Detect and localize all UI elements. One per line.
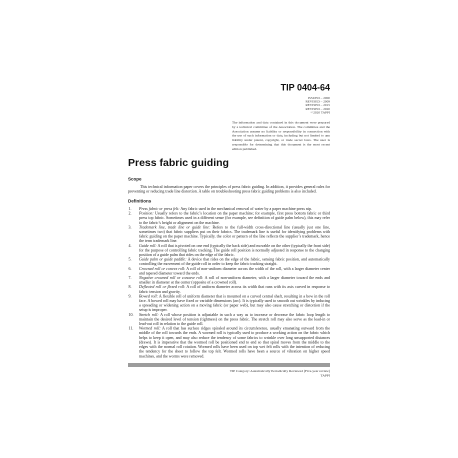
section-heading-definitions: Definitions	[128, 199, 330, 204]
definition-item: Guide palm or guide paddle: A device tha…	[128, 257, 330, 266]
definition-item: Trademark line, trade line or guide line…	[128, 225, 330, 243]
definition-text: Usually refers to the fabric’s location …	[139, 211, 330, 225]
scope-paragraph: This technical information paper covers …	[128, 184, 330, 193]
definition-item: Guide roll: A roll that is pivoted on on…	[128, 243, 330, 257]
document-content-area: TIP 0404-64 ISSUED – 2000 REVISED – 2009…	[128, 73, 330, 403]
disclaimer-text: The information and data contained in th…	[232, 121, 330, 152]
revision-history: ISSUED – 2000 REVISED – 2009 REVISED – 2…	[128, 97, 330, 115]
footer-double-rule	[128, 363, 330, 366]
document-title: Press fabric guiding	[128, 157, 330, 168]
definition-text: A roll that has surface ridges spiraled …	[139, 326, 330, 358]
definition-item: Stretch roll: A roll whose position is a…	[128, 312, 330, 326]
definition-item: Position: Usually refers to the fabric’s…	[128, 211, 330, 225]
definition-item: Bowed roll: A flexible roll of uniform d…	[128, 294, 330, 312]
footer-publisher: TAPPI	[128, 373, 330, 378]
definition-item: Deflected roll or flexed roll: A roll of…	[128, 285, 330, 294]
definitions-list: Press fabric or press felt: Any fabric u…	[128, 207, 330, 359]
definition-item: Crowned roll or convex roll: A roll of n…	[128, 266, 330, 275]
page-footer: TIP Category: Automatically Periodically…	[128, 369, 330, 378]
tip-code: TIP 0404-64	[128, 83, 330, 93]
definition-item: Negative crowned roll or concave roll: A…	[128, 276, 330, 285]
definition-text: A flexible roll of uniform diameter that…	[139, 294, 330, 312]
document-page: TIP 0404-64 ISSUED – 2000 REVISED – 2009…	[0, 0, 458, 458]
definition-item: Wormed roll: A roll that has surface rid…	[128, 326, 330, 358]
definition-text: A roll whose position is adjustable in s…	[139, 312, 330, 326]
copyright-line: ©2020 TAPPI	[128, 111, 330, 115]
section-heading-scope: Scope	[128, 176, 330, 181]
definition-text: A roll that is pivoted on one end (typic…	[139, 243, 330, 257]
